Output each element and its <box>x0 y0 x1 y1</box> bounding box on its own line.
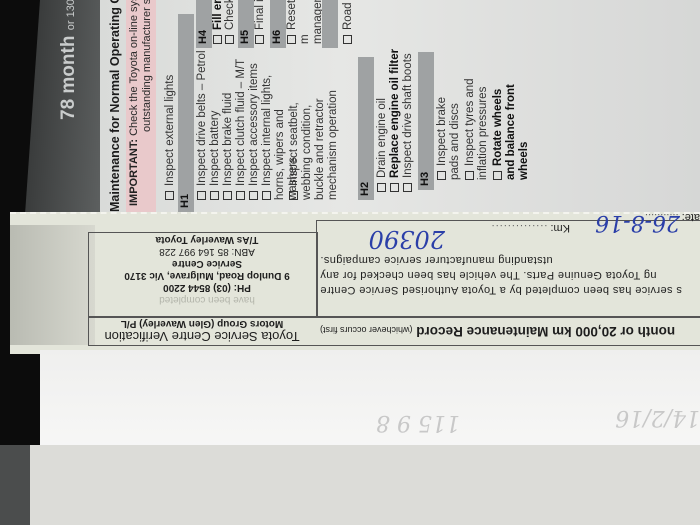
interval-label: 78 month or 130,00 <box>58 0 88 120</box>
checklist-item[interactable]: Inspect battery <box>209 111 222 200</box>
checkbox[interactable] <box>197 191 206 200</box>
checkbox[interactable] <box>287 35 296 44</box>
checkbox[interactable] <box>403 183 412 192</box>
checklist-item[interactable]: Inspect accessory items <box>248 63 261 200</box>
checkbox[interactable] <box>262 191 271 200</box>
section-heading-h2: H2 <box>358 57 374 200</box>
checklist-item[interactable]: Replace engine oil filter <box>389 49 402 192</box>
date-value[interactable]: 26-8-16 <box>580 210 680 235</box>
checklist-item[interactable]: Inspect brake pads and discs <box>436 90 462 180</box>
stub-fold <box>10 225 95 345</box>
checkbox[interactable] <box>289 191 298 200</box>
section-heading-h4: H4 <box>196 0 212 48</box>
section-heading-h3: H3 <box>418 52 434 190</box>
checkbox[interactable] <box>210 191 219 200</box>
checkbox[interactable] <box>223 191 232 200</box>
checkbox[interactable] <box>377 183 386 192</box>
checklist-item[interactable]: Inspect drive shaft boots <box>402 53 415 192</box>
section-heading-h1: H1 <box>178 14 194 212</box>
section-heading-h6: H6 <box>270 0 286 48</box>
verification-title: Toyota Service Centre Verification Motor… <box>88 318 316 343</box>
section-heading-blank <box>322 0 338 48</box>
checkbox[interactable] <box>343 35 352 44</box>
checkbox[interactable] <box>165 191 174 200</box>
important-note: IMPORTANT: Check the Toyota on-line syst… <box>126 0 156 212</box>
checklist-item[interactable]: Inspect seatbelt, webbing condition, buc… <box>288 70 340 200</box>
checkbox[interactable] <box>225 35 234 44</box>
record-body: s service has been completed by a Toyota… <box>320 252 700 297</box>
checkbox[interactable] <box>249 191 258 200</box>
checklist-title: Maintenance for Normal Operating Conditi… <box>108 0 122 212</box>
record-heading: nonth or 20,000 km Maintenance Record (w… <box>320 318 700 343</box>
checkbox[interactable] <box>390 183 399 192</box>
checkbox[interactable] <box>213 35 222 44</box>
checklist-item[interactable]: Final inspec <box>254 0 267 44</box>
checkbox[interactable] <box>255 35 264 44</box>
checkbox[interactable] <box>437 171 446 180</box>
previous-record-page: 115 9 8 14/2/16 <box>40 350 700 450</box>
checkbox[interactable] <box>493 171 502 180</box>
checkbox[interactable] <box>236 191 245 200</box>
checklist-item[interactable]: Rotate wheels and balance front wheels <box>492 75 531 180</box>
dealer-stamp: have been completed PH: (03) 8544 2200 9… <box>112 233 302 305</box>
checklist-item[interactable]: Inspect tyres and inflation pressures <box>464 75 490 180</box>
checklist-item[interactable]: Inspect drive belts – Petrol <box>196 50 209 200</box>
checklist-item[interactable]: Inspect brake fluid <box>222 93 235 200</box>
checklist-item[interactable]: Inspect external lights <box>164 75 177 200</box>
checklist-item[interactable]: Road test <box>342 0 355 44</box>
checkbox[interactable] <box>465 171 474 180</box>
checklist-page: Maintenance for Normal Operating Conditi… <box>100 0 700 225</box>
km-value[interactable]: 20390 <box>355 225 445 253</box>
checklist-item[interactable]: Inspect clutch fluid – M/T <box>235 59 248 200</box>
ghost-km: 115 9 8 <box>370 410 460 435</box>
checklist-item[interactable]: Drain engine oil <box>376 98 389 192</box>
ghost-date: 14/2/16 <box>620 405 700 430</box>
section-heading-h5: H5 <box>238 0 254 48</box>
checklist-item[interactable]: Check fluid l <box>224 0 237 44</box>
bottom-page <box>30 445 700 525</box>
